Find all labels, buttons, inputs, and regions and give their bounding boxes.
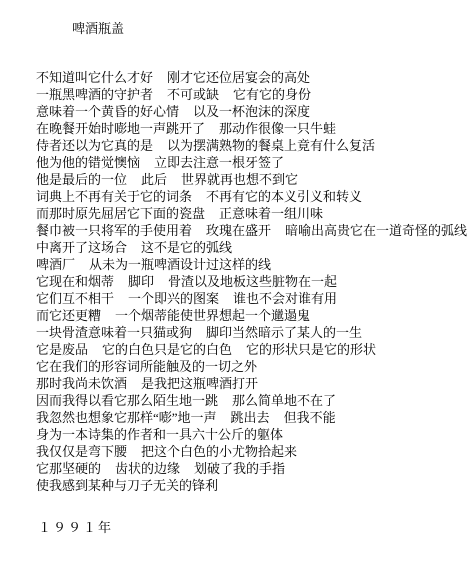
poem-segment: 脚印当然暗示了某人的一生 (206, 324, 362, 341)
poem-segment: 侍者还以为它真的是 (36, 137, 153, 154)
poem-segment: 在晚餐开始时嘭地一声跳开了 (36, 120, 205, 137)
poem-segment: 立即去注意一根牙签了 (154, 154, 284, 171)
poem-line: 餐巾被一只将军的手使用着玫瑰在盛开暗喻出高贵它在一道奇怪的弧线 (36, 222, 467, 239)
poem-segment: 玫瑰在盛开 (206, 222, 271, 239)
poem-line: 不知道叫它什么才好刚才它还位居宴会的高处 (36, 69, 467, 86)
poem-segment: 它那坚硬的 (36, 460, 101, 477)
poem-segment: 我仅仅是弯下腰 (36, 443, 127, 460)
poem-segment: 意味着一个黄昏的好心情 (36, 103, 179, 120)
poem-segment: 啤酒厂 (36, 256, 75, 273)
poem-segment: 一块骨渣意味着一只猫或狗 (36, 324, 192, 341)
poem-segment: 但我不能 (284, 409, 336, 426)
poem-line: 它们互不相干一个即兴的图案谁也不会对谁有用 (36, 290, 467, 307)
poem-segment: 此后 (141, 171, 167, 188)
poem-segment: 跳出去 (231, 409, 270, 426)
poem-line: 身为一本诗集的作者和一具六十公斤的躯体 (36, 426, 467, 443)
poem-segment: 一个即兴的图案 (128, 290, 219, 307)
poem-segment: 它的形状只是它的形状 (246, 341, 376, 358)
poem-segment: 它们互不相干 (36, 290, 114, 307)
poem-line: 中离开了这场合这不是它的弧线 (36, 239, 467, 256)
poem-segment: 身为一本诗集的作者和一具六十公斤的躯体 (36, 426, 283, 443)
poem-segment: 刚才它还位居宴会的高处 (167, 69, 310, 86)
poem-segment: 脚印 (128, 273, 154, 290)
poem-line: 它现在和烟蒂脚印骨渣以及地板这些脏物在一起 (36, 273, 467, 290)
poem-page: 啤酒瓶盖 不知道叫它什么才好刚才它还位居宴会的高处一瓶黑啤酒的守护者不可或缺它有… (0, 0, 470, 567)
poem-segment: 而那时原先屈居它下面的瓷盘 (36, 205, 205, 222)
poem-line: 啤酒厂从未为一瓶啤酒设计过这样的线 (36, 256, 467, 273)
poem-segment: 它有它的身份 (233, 86, 311, 103)
poem-segment: 是我把这瓶啤酒打开 (141, 375, 258, 392)
poem-segment: 一瓶黑啤酒的守护者 (36, 86, 153, 103)
poem-segment: 齿状的边缘 (115, 460, 180, 477)
poem-segment: 谁也不会对谁有用 (233, 290, 337, 307)
poem-segment: 因而我得以看它那么陌生地一跳 (36, 392, 218, 409)
poem-line: 那时我尚未饮酒是我把这瓶啤酒打开 (36, 375, 467, 392)
poem-line: 他是最后的一位此后世界就再也想不到它 (36, 171, 467, 188)
poem-segment: 它现在和烟蒂 (36, 273, 114, 290)
poem-segment: 他为他的错觉懊恼 (36, 154, 140, 171)
poem-segment: 不再有它的本义引义和转义 (206, 188, 362, 205)
poem-segment: 那时我尚未饮酒 (36, 375, 127, 392)
poem-segment: 它是废品 (36, 341, 88, 358)
poem-line: 一瓶黑啤酒的守护者不可或缺它有它的身份 (36, 86, 467, 103)
poem-line: 在晚餐开始时嘭地一声跳开了那动作很像一只牛蛙 (36, 120, 467, 137)
poem-line: 它那坚硬的齿状的边缘划破了我的手指 (36, 460, 467, 477)
poem-body: 不知道叫它什么才好刚才它还位居宴会的高处一瓶黑啤酒的守护者不可或缺它有它的身份意… (36, 69, 467, 494)
poem-line: 意味着一个黄昏的好心情以及一杯泡沫的深度 (36, 103, 467, 120)
poem-segment: 我忽然也想象它那样“嘭”地一声 (36, 409, 217, 426)
poem-segment: 这不是它的弧线 (141, 239, 232, 256)
poem-line: 我忽然也想象它那样“嘭”地一声跳出去但我不能 (36, 409, 467, 426)
poem-line: 一块骨渣意味着一只猫或狗脚印当然暗示了某人的一生 (36, 324, 467, 341)
poem-line: 他为他的错觉懊恼立即去注意一根牙签了 (36, 154, 467, 171)
poem-segment: 以及一杯泡沫的深度 (193, 103, 310, 120)
poem-line: 它是废品它的白色只是它的白色它的形状只是它的形状 (36, 341, 467, 358)
poem-line: 因而我得以看它那么陌生地一跳那么简单地不在了 (36, 392, 467, 409)
poem-segment: 中离开了这场合 (36, 239, 127, 256)
poem-segment: 而它还更糟 (36, 307, 101, 324)
poem-segment: 从未为一瓶啤酒设计过这样的线 (89, 256, 271, 273)
poem-title: 啤酒瓶盖 (72, 20, 124, 37)
poem-segment: 那么简单地不在了 (232, 392, 336, 409)
poem-segment: 正意味着一组川味 (219, 205, 323, 222)
poem-line: 我仅仅是弯下腰把这个白色的小尤物拾起来 (36, 443, 467, 460)
poem-line: 它在我们的形容词所能触及的一切之外 (36, 358, 467, 375)
poem-segment: 划破了我的手指 (194, 460, 285, 477)
poem-segment: 词典上不再有关于它的词条 (36, 188, 192, 205)
poem-segment: 不可或缺 (167, 86, 219, 103)
poem-year: １９９１年 (38, 519, 113, 536)
poem-segment: 使我感到某种与刀子无关的锋利 (36, 477, 218, 494)
poem-line: 侍者还以为它真的是以为摆满熟物的餐桌上竟有什么复活 (36, 137, 467, 154)
poem-segment: 它在我们的形容词所能触及的一切之外 (36, 358, 257, 375)
poem-segment: 不知道叫它什么才好 (36, 69, 153, 86)
poem-segment: 以为摆满熟物的餐桌上竟有什么复活 (167, 137, 375, 154)
poem-line: 词典上不再有关于它的词条不再有它的本义引义和转义 (36, 188, 467, 205)
poem-segment: 他是最后的一位 (36, 171, 127, 188)
poem-line: 而它还更糟一个烟蒂能使世界想起一个邋遢鬼 (36, 307, 467, 324)
poem-segment: 那动作很像一只牛蛙 (219, 120, 336, 137)
poem-line: 使我感到某种与刀子无关的锋利 (36, 477, 467, 494)
poem-segment: 餐巾被一只将军的手使用着 (36, 222, 192, 239)
poem-segment: 骨渣以及地板这些脏物在一起 (168, 273, 337, 290)
poem-segment: 暗喻出高贵它在一道奇怪的弧线 (285, 222, 467, 239)
poem-segment: 把这个白色的小尤物拾起来 (141, 443, 297, 460)
poem-segment: 一个烟蒂能使世界想起一个邋遢鬼 (115, 307, 310, 324)
poem-segment: 世界就再也想不到它 (181, 171, 298, 188)
poem-line: 而那时原先屈居它下面的瓷盘正意味着一组川味 (36, 205, 467, 222)
poem-segment: 它的白色只是它的白色 (102, 341, 232, 358)
